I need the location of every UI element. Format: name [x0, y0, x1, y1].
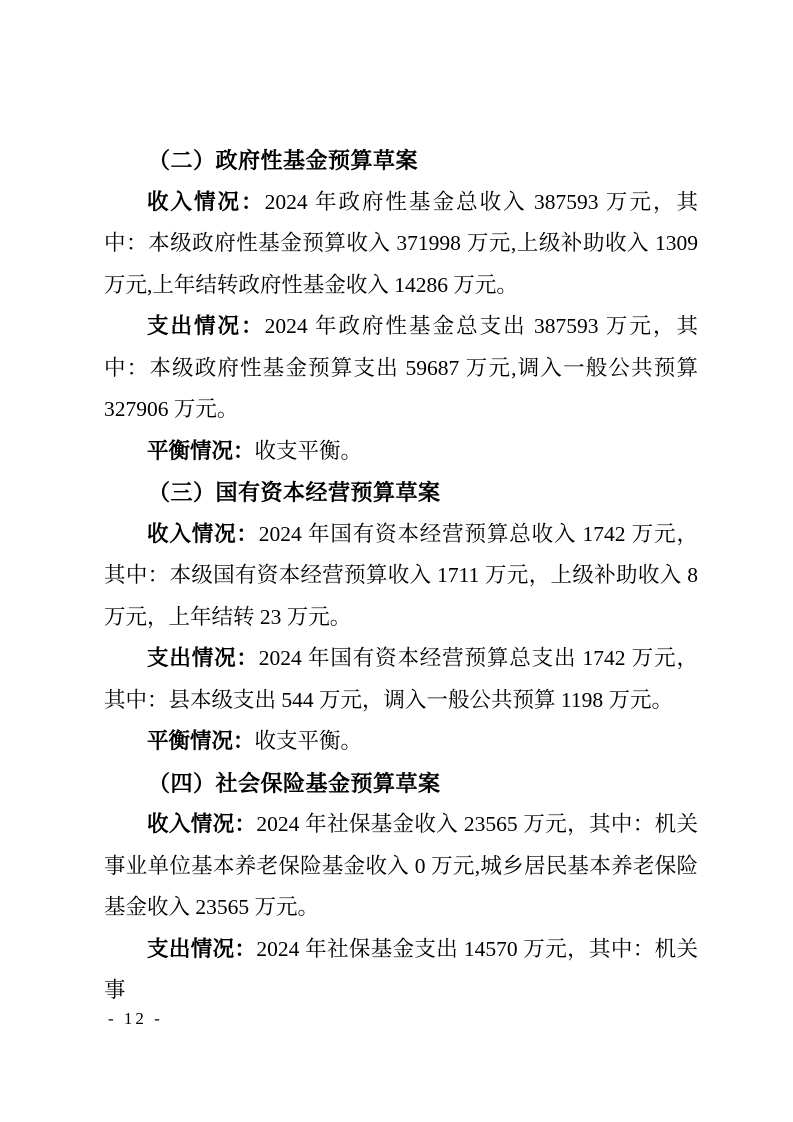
paragraph-lead: 收入情况：: [147, 522, 259, 546]
section-government-funds-budget: （二）政府性基金预算草案 收入情况：2024 年政府性基金总收入 387593 …: [104, 140, 698, 472]
paragraph: 支出情况：2024 年国有资本经营预算总支出 1742 万元，其中：县本级支出 …: [104, 638, 698, 721]
paragraph: 平衡情况：收支平衡。: [104, 431, 698, 473]
paragraph-text: 收支平衡。: [255, 729, 363, 753]
paragraph-lead: 收入情况：: [147, 190, 265, 214]
paragraph-lead: 平衡情况：: [147, 439, 255, 463]
paragraph-lead: 支出情况：: [147, 937, 256, 961]
paragraph: 支出情况：2024 年社保基金支出 14570 万元，其中：机关事: [104, 929, 698, 1012]
document-body: （二）政府性基金预算草案 收入情况：2024 年政府性基金总收入 387593 …: [104, 140, 698, 1012]
paragraph: 收入情况：2024 年社保基金收入 23565 万元，其中：机关事业单位基本养老…: [104, 804, 698, 929]
paragraph-lead: 收入情况：: [147, 812, 256, 836]
paragraph: 平衡情况：收支平衡。: [104, 721, 698, 763]
paragraph: 收入情况：2024 年政府性基金总收入 387593 万元，其中：本级政府性基金…: [104, 182, 698, 307]
section-heading: （四）社会保险基金预算草案: [104, 763, 698, 805]
section-state-capital-budget: （三）国有资本经营预算草案 收入情况：2024 年国有资本经营预算总收入 174…: [104, 472, 698, 763]
page-number: - 12 -: [108, 1009, 163, 1029]
section-heading: （二）政府性基金预算草案: [104, 140, 698, 182]
paragraph: 支出情况：2024 年政府性基金总支出 387593 万元，其中：本级政府性基金…: [104, 306, 698, 431]
paragraph: 收入情况：2024 年国有资本经营预算总收入 1742 万元，其中：本级国有资本…: [104, 514, 698, 639]
paragraph-lead: 支出情况：: [147, 314, 265, 338]
paragraph-lead: 支出情况：: [147, 646, 259, 670]
paragraph-text: 收支平衡。: [255, 439, 363, 463]
paragraph-lead: 平衡情况：: [147, 729, 255, 753]
section-social-insurance-budget: （四）社会保险基金预算草案 收入情况：2024 年社保基金收入 23565 万元…: [104, 763, 698, 1012]
section-heading: （三）国有资本经营预算草案: [104, 472, 698, 514]
document-page: （二）政府性基金预算草案 收入情况：2024 年政府性基金总收入 387593 …: [0, 0, 793, 1122]
